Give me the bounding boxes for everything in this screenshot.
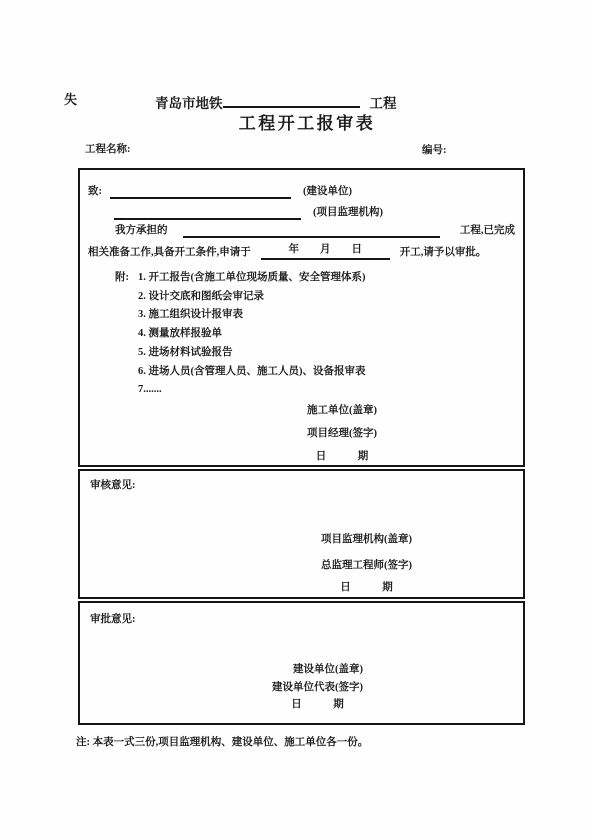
footnote: 注: 本表一式三份,项目监理机构、建设单位、施工单位各一份。: [76, 736, 368, 750]
builder-rep-sign-line: 建设单位代表(签字): [272, 681, 363, 695]
addressee-row: 致: (建设单位): [88, 182, 515, 199]
scanned-form-page: 失 青岛市地铁工程 工程开工报审表 工程名称: 编号: 致: (建设单位) (项…: [0, 0, 590, 835]
attachment-item: 4. 测量放样报验单: [138, 325, 366, 344]
approve-section-box: 审批意见: 建设单位(盖章) 建设单位代表(签字) 日 期: [78, 601, 525, 725]
apply-prefix: 相关准备工作,具备开工条件,申请于: [88, 245, 251, 260]
project-name-label: 工程名称:: [85, 143, 131, 157]
supervisor-stamp-line: 项目监理机构(盖章): [321, 533, 412, 547]
date-line: 日 期: [272, 698, 363, 712]
edge-artifact-char: 失: [64, 92, 77, 107]
apply-section-box: 致: (建设单位) (项目监理机构) 我方承担的 工程,已完成 相关准备工作,具…: [78, 168, 525, 467]
org-name-suffix: 工程: [370, 96, 397, 111]
attachment-list: 1. 开工报告(含施工单位现场质量、安全管理体系) 2. 设计交底和图纸会审记录…: [138, 269, 366, 400]
apply-suffix: 开工,请予以审批。: [400, 245, 487, 260]
start-date-blank: 年 月 日: [261, 243, 390, 260]
attachment-item: 6. 进场人员(含管理人员、施工人员)、设备报审表: [138, 363, 366, 382]
builder-unit-label: (建设单位): [303, 184, 352, 199]
project-title-blank: [183, 221, 440, 238]
attachment-label: 附:: [115, 269, 129, 400]
org-header-line: 青岛市地铁工程: [155, 91, 397, 112]
form-number-label: 编号:: [422, 144, 447, 158]
review-opinion-title: 审核意见:: [90, 479, 515, 493]
date-line: 日 期: [307, 450, 377, 464]
contractor-stamp-line: 施工单位(盖章): [307, 404, 377, 418]
approve-opinion-title: 审批意见:: [90, 613, 515, 627]
apply-date-row: 相关准备工作,具备开工条件,申请于 年 月 日 开工,请予以审批。: [88, 245, 515, 260]
form-title: 工程开工报审表: [0, 113, 590, 135]
contractor-signature-block: 施工单位(盖章) 项目经理(签字) 日 期: [307, 404, 377, 464]
supervisor-row: (项目监理机构): [88, 203, 515, 220]
org-name-prefix: 青岛市地铁: [155, 96, 223, 111]
undertake-suffix: 工程,已完成: [460, 223, 515, 238]
attachment-item: 7.......: [138, 381, 366, 400]
attachment-item: 5. 进场材料试验报告: [138, 344, 366, 363]
supervisor-unit-blank: [114, 203, 301, 220]
undertake-row: 我方承担的 工程,已完成: [88, 222, 515, 238]
attachment-item: 2. 设计交底和图纸会审记录: [138, 288, 366, 307]
org-name-blank: [223, 91, 360, 108]
to-label: 致:: [88, 184, 102, 199]
attachment-item: 1. 开工报告(含施工单位现场质量、安全管理体系): [138, 269, 366, 288]
builder-stamp-line: 建设单位(盖章): [272, 663, 363, 677]
undertake-prefix: 我方承担的: [115, 223, 168, 238]
builder-signature-block: 建设单位(盖章) 建设单位代表(签字) 日 期: [272, 663, 363, 712]
attachment-item: 3. 施工组织设计报审表: [138, 306, 366, 325]
date-line: 日 期: [321, 581, 412, 595]
chief-engineer-sign-line: 总监理工程师(签字): [321, 559, 412, 573]
supervisor-signature-block: 项目监理机构(盖章) 总监理工程师(签字) 日 期: [321, 533, 412, 595]
review-section-box: 审核意见: 项目监理机构(盖章) 总监理工程师(签字) 日 期: [78, 469, 525, 599]
attachments-block: 附: 1. 开工报告(含施工单位现场质量、安全管理体系) 2. 设计交底和图纸会…: [115, 269, 515, 400]
builder-unit-blank: [110, 182, 291, 199]
project-manager-sign-line: 项目经理(签字): [307, 427, 377, 441]
supervisor-unit-label: (项目监理机构): [313, 205, 383, 220]
